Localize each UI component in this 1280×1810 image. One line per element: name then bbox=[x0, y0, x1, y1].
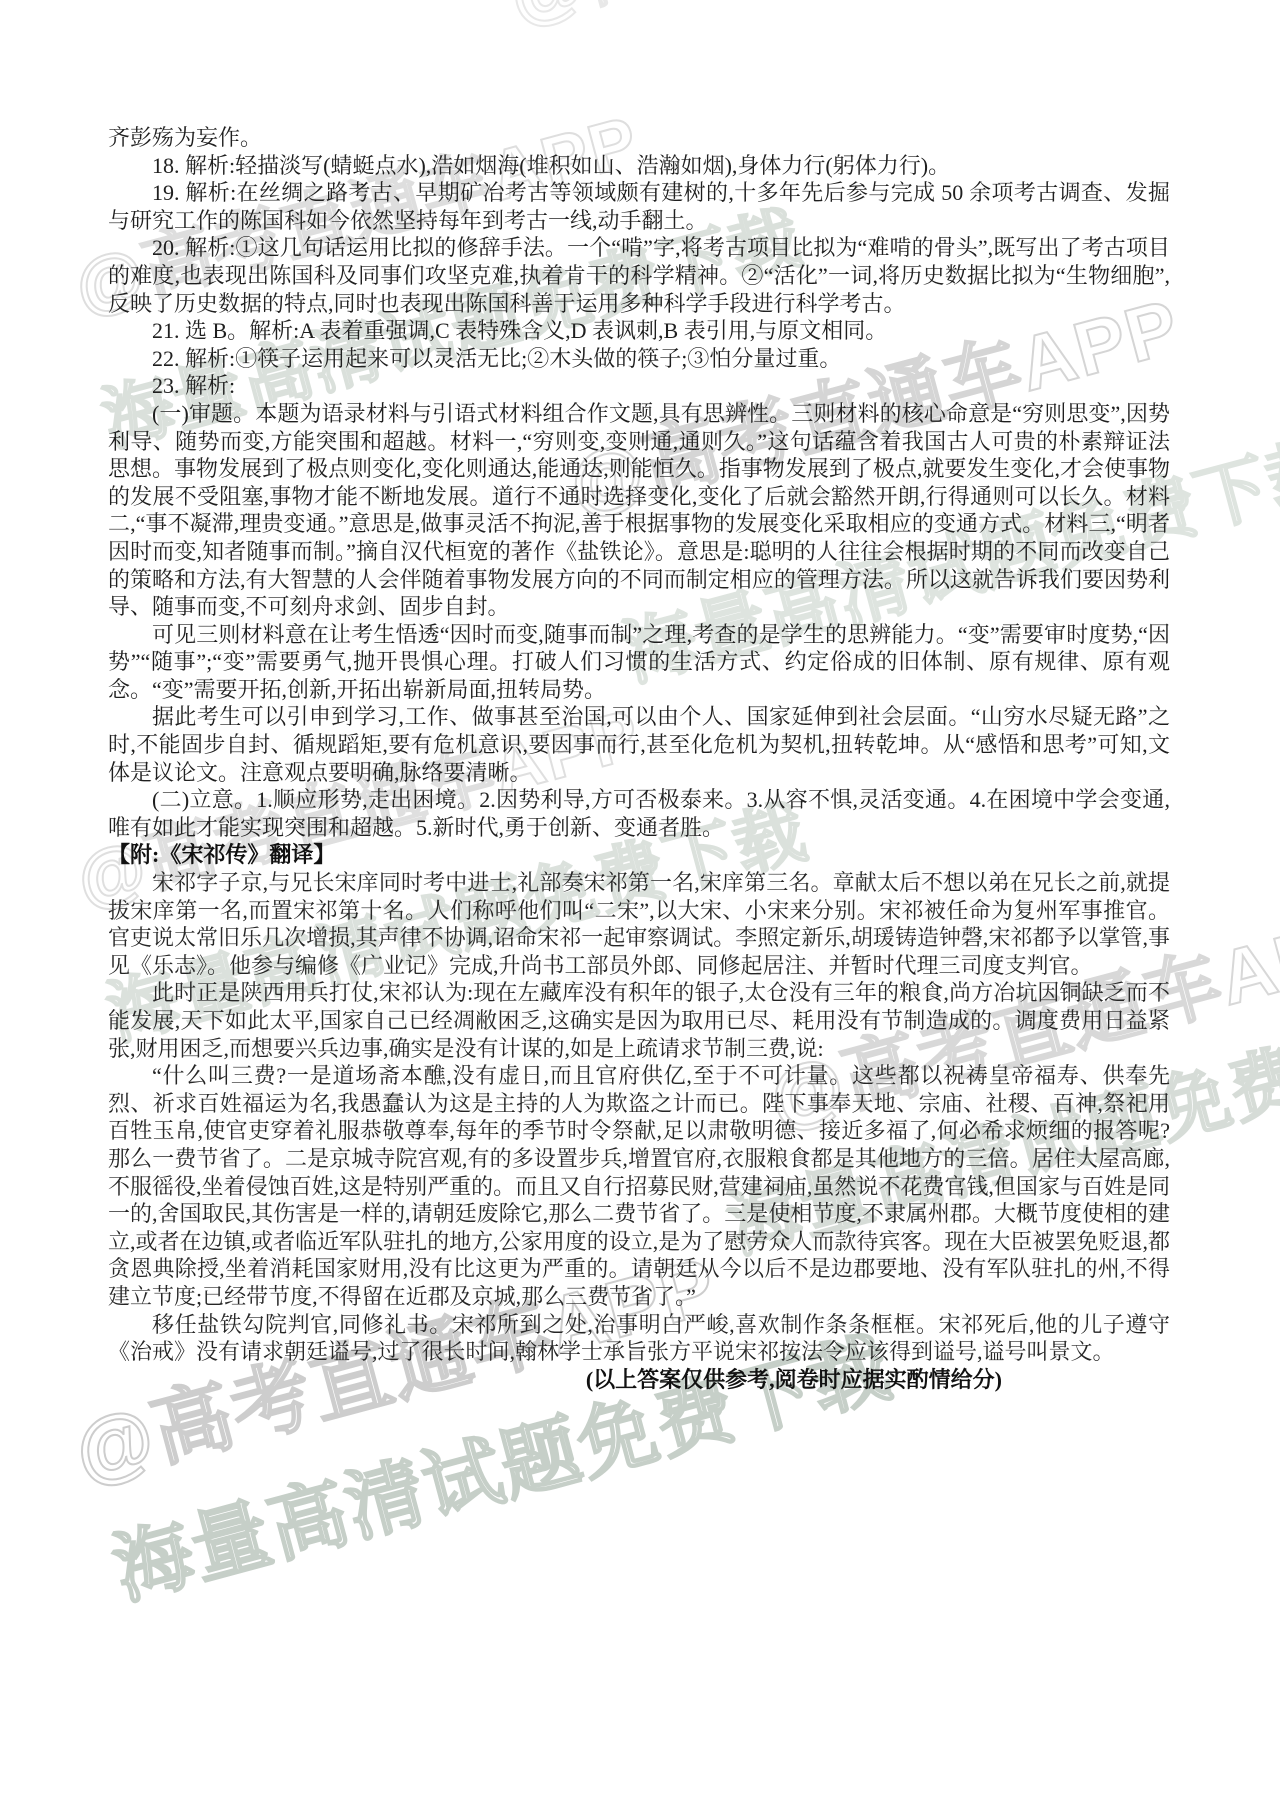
answer-text-column: 齐彭殇为妄作。18. 解析:轻描淡写(蜻蜓点水),浩如烟海(堆积如山、浩瀚如烟)… bbox=[108, 124, 1170, 1393]
answer-18: 18. 解析:轻描淡写(蜻蜓点水),浩如烟海(堆积如山、浩瀚如烟),身体力行(躬… bbox=[108, 152, 1170, 180]
essay-analysis-extension: 据此考生可以引申到学习,工作、做事甚至治国,可以由个人、国家延伸到社会层面。“山… bbox=[108, 703, 1170, 786]
essay-liyi: (二)立意。1.顺应形势,走出困境。2.因势利导,方可否极泰来。3.从容不惧,灵… bbox=[108, 786, 1170, 841]
translation-para-3: “什么叫三费?一是道场斋本醮,没有虚日,而且官府供亿,至于不可计量。这些都以祝祷… bbox=[108, 1062, 1170, 1310]
translation-para-4: 移任盐铁勾院判官,同修礼书。宋祁所到之处,治事明白严峻,喜欢制作条条框框。宋祁死… bbox=[108, 1311, 1170, 1366]
answer-20: 20. 解析:①这几句话运用比拟的修辞手法。一个“啃”字,将考古项目比拟为“难啃… bbox=[108, 234, 1170, 317]
scanned-answer-page: @高考直通车APP@高考直通车APP海量高清试题免费下载@高考直通车APP海量高… bbox=[0, 0, 1280, 1810]
answer-21: 21. 选 B。解析:A 表着重强调,C 表特殊含义,D 表讽刺,B 表引用,与… bbox=[108, 317, 1170, 345]
translation-para-2: 此时正是陕西用兵打仗,宋祁认为:现在左藏库没有积年的银子,太仓没有三年的粮食,尚… bbox=[108, 979, 1170, 1062]
answer-22: 22. 解析:①筷子运用起来可以灵活无比;②木头做的筷子;③怕分量过重。 bbox=[108, 345, 1170, 373]
essay-analysis-insight: 可见三则材料意在让考生悟透“因时而变,随事而制”之理,考查的是学生的思辨能力。“… bbox=[108, 621, 1170, 704]
answer-19: 19. 解析:在丝绸之路考古、早期矿冶考古等领域颇有建树的,十多年先后参与完成 … bbox=[108, 179, 1170, 234]
grading-note: (以上答案仅供参考,阅卷时应据实酌情给分) bbox=[108, 1366, 1170, 1394]
translation-header: 【附:《宋祁传》翻译】 bbox=[108, 841, 1170, 869]
answer-23: 23. 解析: bbox=[108, 372, 1170, 400]
carryover-line: 齐彭殇为妄作。 bbox=[108, 124, 1170, 152]
essay-analysis-shenti: (一)审题。本题为语录材料与引语式材料组合作文题,具有思辨性。三则材料的核心命意… bbox=[108, 400, 1170, 621]
translation-para-1: 宋祁字子京,与兄长宋庠同时考中进士,礼部奏宋祁第一名,宋庠第三名。章献太后不想以… bbox=[108, 869, 1170, 979]
watermark-text: @高考直通车APP bbox=[495, 0, 1130, 43]
